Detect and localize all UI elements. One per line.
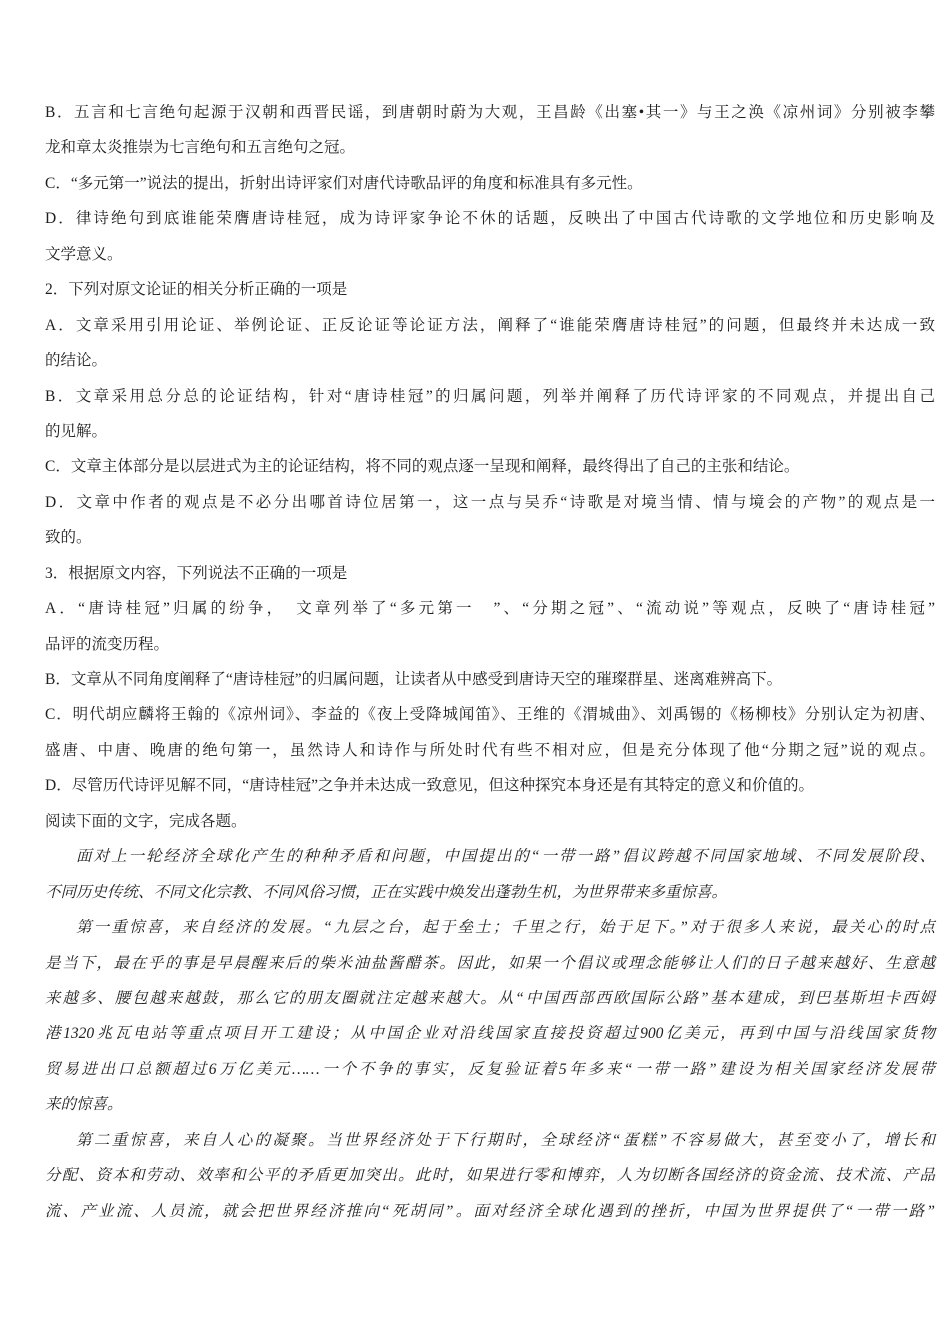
text-line: 文学意义。 (45, 237, 935, 272)
text-line: 的结论。 (45, 343, 935, 378)
text-line: A．文章采用引用论证、举例论证、正反论证等论证方法，阐释了“谁能荣膺唐诗桂冠”的… (45, 308, 935, 343)
text-line: 第二重惊喜，来自人心的凝聚。当世界经济处于下行期时，全球经济“蛋糕”不容易做大，… (45, 1123, 935, 1158)
text-line: D．尽管历代诗评见解不同，“唐诗桂冠”之争并未达成一致意见，但这种探究本身还是有… (45, 768, 935, 803)
exam-page: B．五言和七言绝句起源于汉朝和西晋民谣，到唐朝时蔚为大观，王昌龄《出塞•其一》与… (0, 0, 950, 1344)
text-line: 流、产业流、人员流，就会把世界经济推向“死胡同”。面对经济全球化遇到的挫折，中国… (45, 1194, 935, 1229)
document-body: B．五言和七言绝句起源于汉朝和西晋民谣，到唐朝时蔚为大观，王昌龄《出塞•其一》与… (45, 95, 935, 1229)
text-line: C．明代胡应麟将王翰的《凉州词》、李益的《夜上受降城闻笛》、王维的《渭城曲》、刘… (45, 697, 935, 732)
text-line: 贸易进出口总额超过6万亿美元……一个不争的事实，反复验证着5年多来“一带一路”建… (45, 1052, 935, 1087)
text-line: 致的。 (45, 520, 935, 555)
text-line: C．“多元第一”说法的提出，折射出诗评家们对唐代诗歌品评的角度和标准具有多元性。 (45, 166, 935, 201)
text-line: 来的惊喜。 (45, 1087, 935, 1122)
text-line: 品评的流变历程。 (45, 627, 935, 662)
text-line: 不同历史传统、不同文化宗教、不同风俗习惯，正在实践中焕发出蓬勃生机，为世界带来多… (45, 875, 935, 910)
text-line: 的见解。 (45, 414, 935, 449)
text-line: 3．根据原文内容，下列说法不正确的一项是 (45, 556, 935, 591)
text-line: 2．下列对原文论证的相关分析正确的一项是 (45, 272, 935, 307)
text-line: A．“唐诗桂冠”归属的纷争， 文章列举了“多元第一 ”、“分期之冠”、“流动说”… (45, 591, 935, 626)
text-line: B．文章从不同角度阐释了“唐诗桂冠”的归属问题，让读者从中感受到唐诗天空的璀璨群… (45, 662, 935, 697)
text-line: D．文章中作者的观点是不必分出哪首诗位居第一，这一点与吴乔“诗歌是对境当情、情与… (45, 485, 935, 520)
text-line: 龙和章太炎推崇为七言绝句和五言绝句之冠。 (45, 130, 935, 165)
text-line: D．律诗绝句到底谁能荣膺唐诗桂冠，成为诗评家争论不休的话题，反映出了中国古代诗歌… (45, 201, 935, 236)
text-line: 分配、资本和劳动、效率和公平的矛盾更加突出。此时，如果进行零和博弈，人为切断各国… (45, 1158, 935, 1193)
text-line: 来越多、腰包越来越鼓，那么它的朋友圈就注定越来越大。从“中国西部西欧国际公路”基… (45, 981, 935, 1016)
text-line: 盛唐、中唐、晚唐的绝句第一，虽然诗人和诗作与所处时代有些不相对应，但是充分体现了… (45, 733, 935, 768)
text-line: 阅读下面的文字，完成各题。 (45, 804, 935, 839)
text-line: 面对上一轮经济全球化产生的种种矛盾和问题，中国提出的“一带一路”倡议跨越不同国家… (45, 839, 935, 874)
text-line: C．文章主体部分是以层进式为主的论证结构，将不同的观点逐一呈现和阐释，最终得出了… (45, 449, 935, 484)
text-line: B．五言和七言绝句起源于汉朝和西晋民谣，到唐朝时蔚为大观，王昌龄《出塞•其一》与… (45, 95, 935, 130)
text-line: 是当下，最在乎的事是早晨醒来后的柴米油盐酱醋茶。因此，如果一个倡议或理念能够让人… (45, 946, 935, 981)
text-line: 港1320兆瓦电站等重点项目开工建设；从中国企业对沿线国家直接投资超过900亿美… (45, 1016, 935, 1051)
text-line: 第一重惊喜，来自经济的发展。“九层之台，起于垒土；千里之行，始于足下。”对于很多… (45, 910, 935, 945)
text-line: B．文章采用总分总的论证结构，针对“唐诗桂冠”的归属问题，列举并阐释了历代诗评家… (45, 379, 935, 414)
